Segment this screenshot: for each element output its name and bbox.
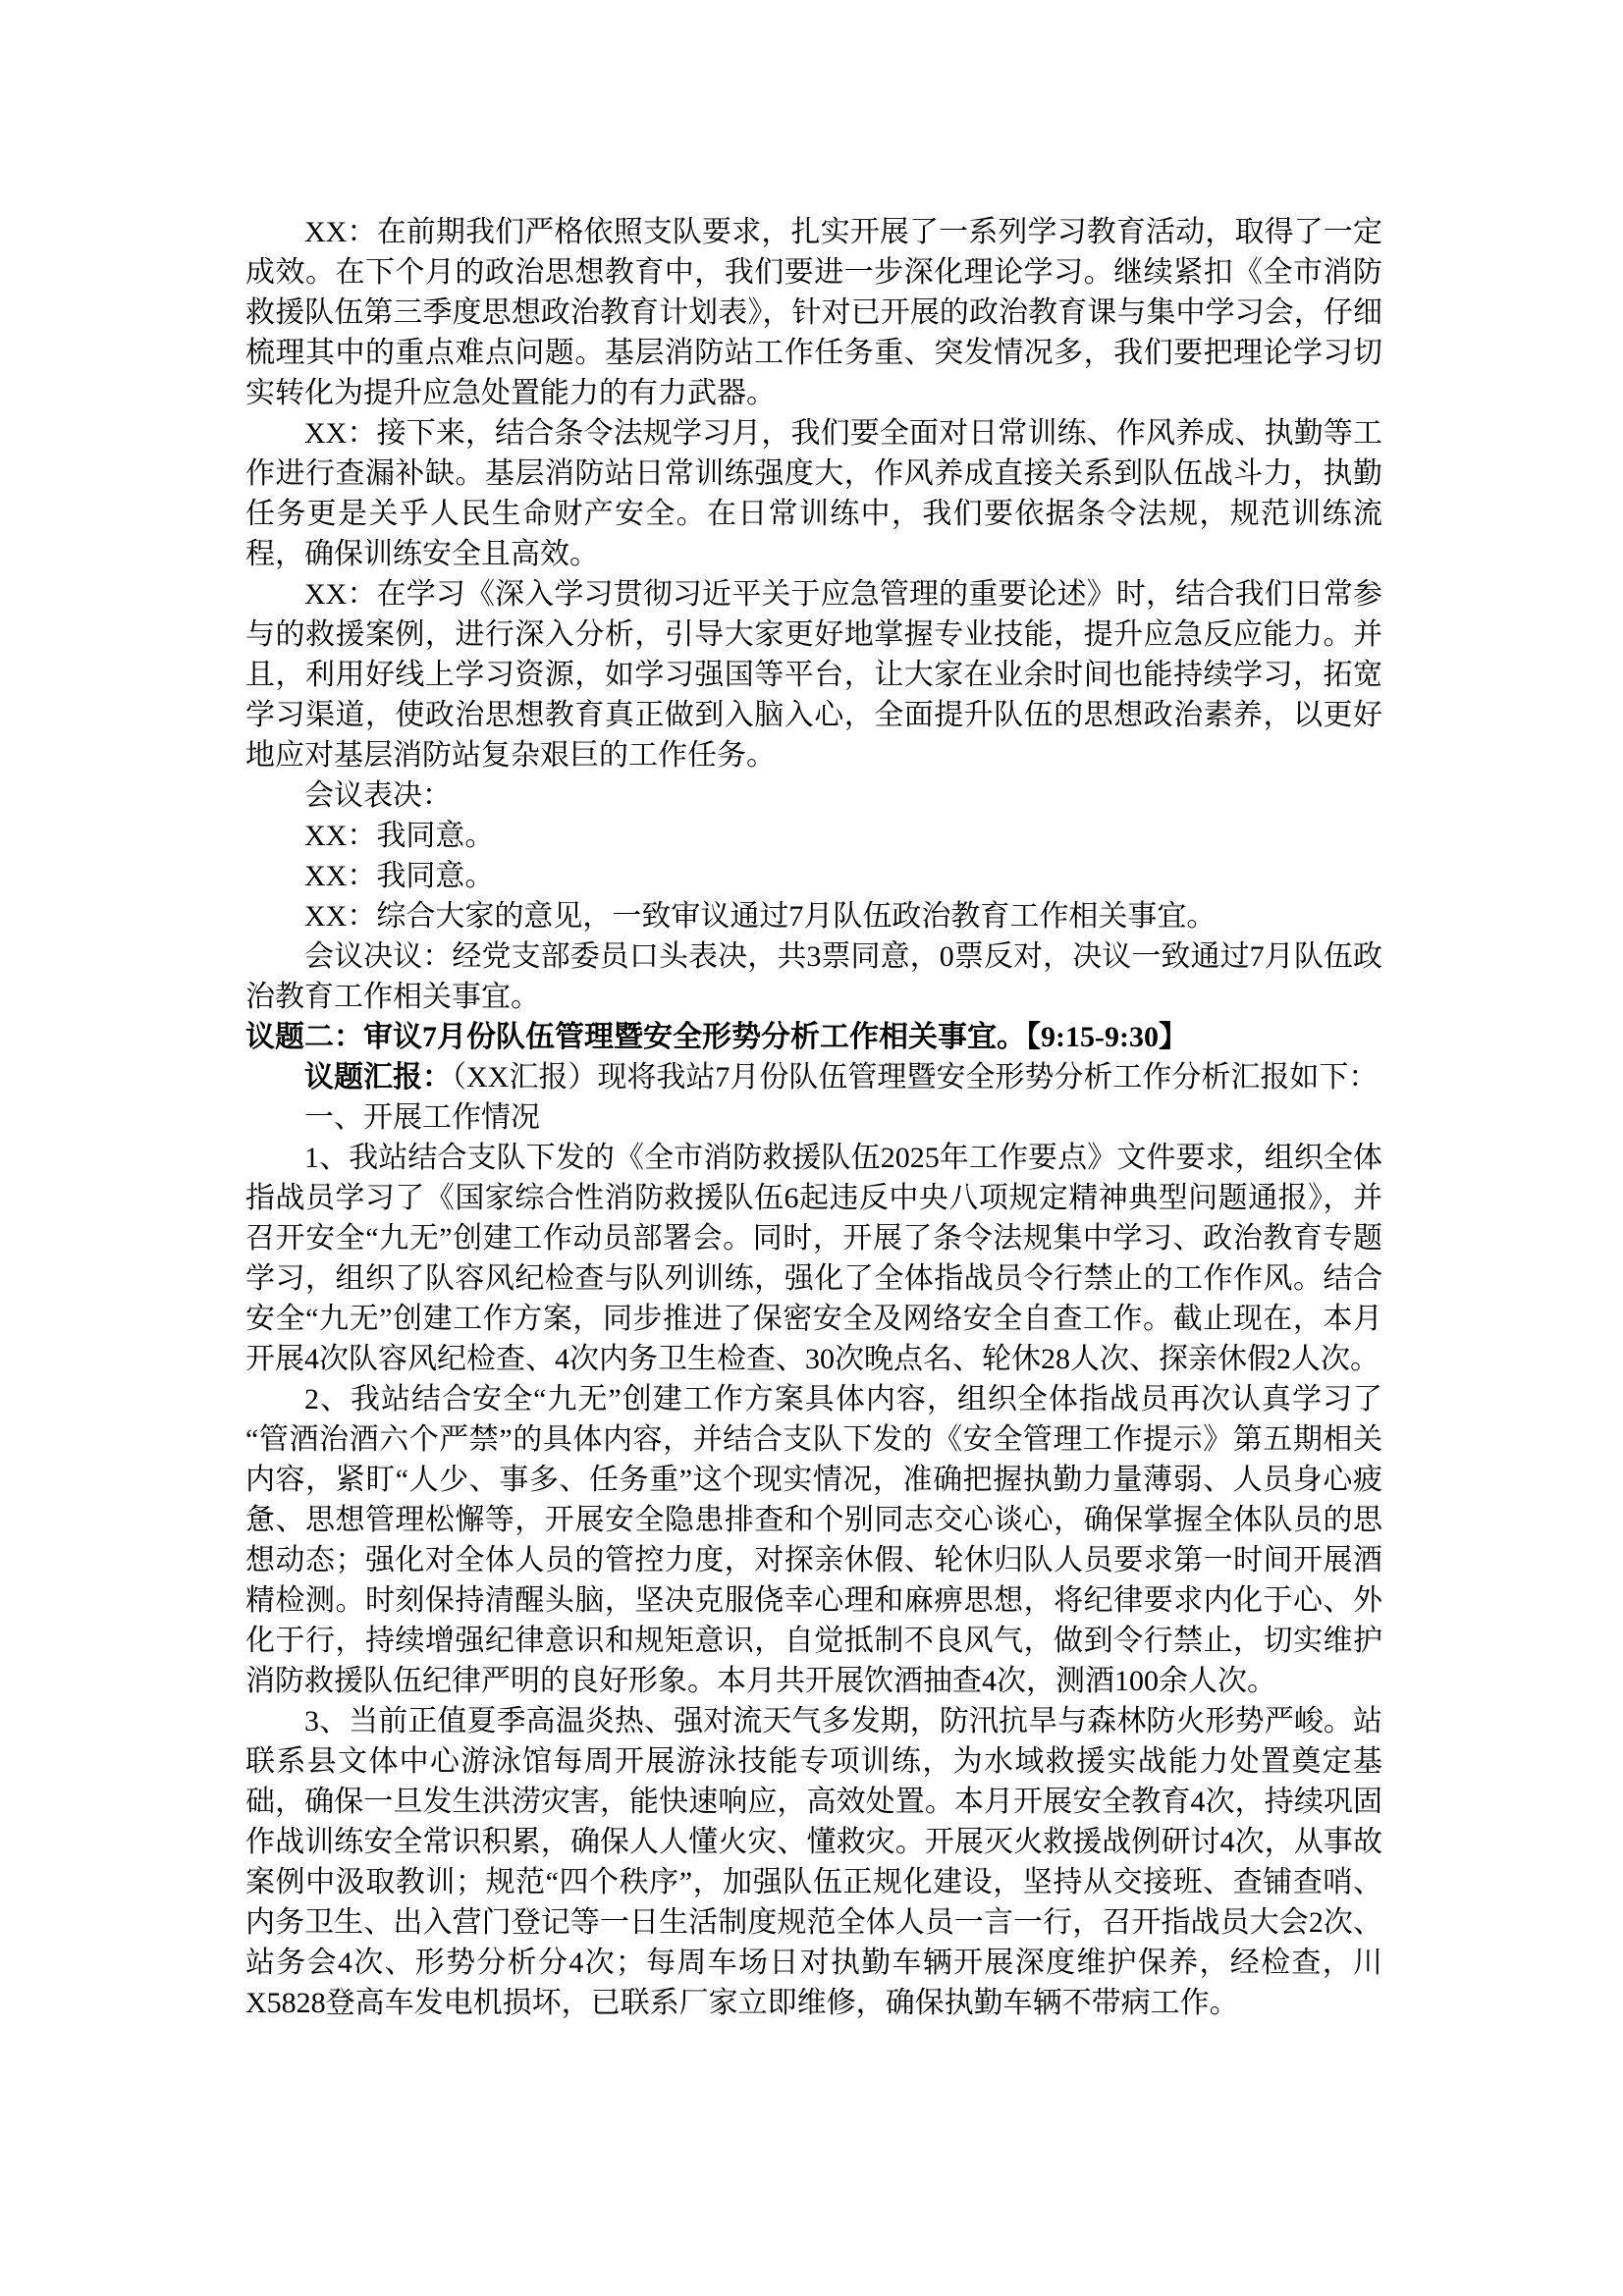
- work-item-1: 1、我站结合支队下发的《全市消防救援队伍2025年工作要点》文件要求，组织全体指…: [245, 1138, 1382, 1379]
- resolution-paragraph: 会议决议：经党支部委员口头表决，共3票同意，0票反对，决议一致通过7月队伍政治教…: [245, 936, 1382, 1017]
- work-item-2: 2、我站结合安全“九无”创建工作方案具体内容，组织全体指战员再次认真学习了“管酒…: [245, 1379, 1382, 1701]
- vote-line-2: XX：我同意。: [245, 856, 1382, 896]
- topic-2-report-intro: 议题汇报：（XX汇报）现将我站7月份队伍管理暨安全形势分析工作分析汇报如下：: [245, 1057, 1382, 1097]
- section-1-title: 一、开展工作情况: [245, 1097, 1382, 1138]
- speech-paragraph-2: XX：接下来，结合条令法规学习月，我们要全面对日常训练、作风养成、执勤等工作进行…: [245, 413, 1382, 574]
- speech-paragraph-3: XX：在学习《深入学习贯彻习近平关于应急管理的重要论述》时，结合我们日常参与的救…: [245, 574, 1382, 775]
- speech-paragraph-1: XX：在前期我们严格依照支队要求，扎实开展了一系列学习教育活动，取得了一定成效。…: [245, 212, 1382, 413]
- vote-summary: XX：综合大家的意见，一致审议通过7月队伍政治教育工作相关事宜。: [245, 896, 1382, 936]
- document-body: XX：在前期我们严格依照支队要求，扎实开展了一系列学习教育活动，取得了一定成效。…: [245, 212, 1382, 2023]
- work-item-3: 3、当前正值夏季高温炎热、强对流天气多发期，防汛抗旱与森林防火形势严峻。站联系县…: [245, 1701, 1382, 2023]
- vote-title: 会议表决：: [245, 775, 1382, 816]
- topic-2-heading: 议题二：审议7月份队伍管理暨安全形势分析工作相关事宜。【9:15-9:30】: [245, 1017, 1382, 1057]
- document-page: XX：在前期我们严格依照支队要求，扎实开展了一系列学习教育活动，取得了一定成效。…: [0, 0, 1623, 2296]
- topic-2-report-intro-lead: 议题汇报：: [304, 1061, 452, 1094]
- vote-line-1: XX：我同意。: [245, 816, 1382, 856]
